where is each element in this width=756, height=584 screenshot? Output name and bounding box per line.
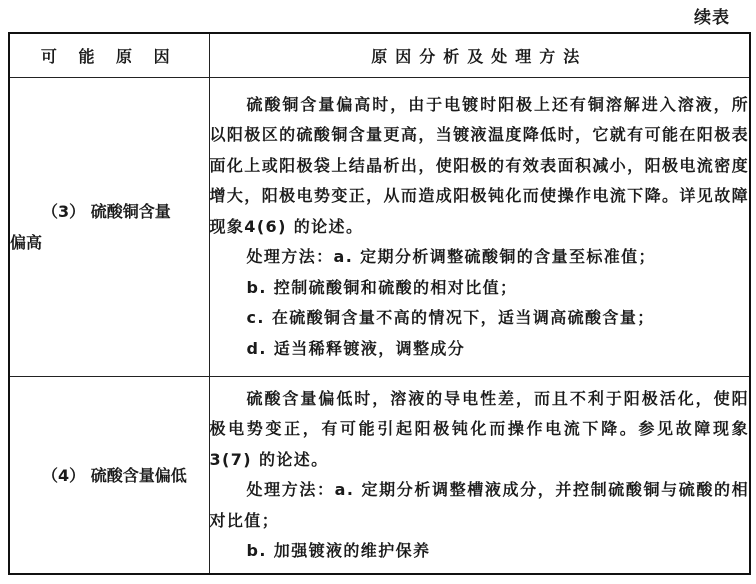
table-row: （4） 硫酸含量偏低 硫酸含量偏低时，溶液的导电性差，而且不利于阳极活化，使阳极… [9, 377, 750, 575]
analysis-cell: 硫酸铜含量偏高时，由于电镀时阳极上还有铜溶解进入溶液，所以阳极区的硫酸铜含量更高… [209, 78, 750, 377]
header-possible-cause: 可 能 原 因 [9, 33, 209, 78]
treatment-item-b: b. 加强镀液的维护保养 [210, 536, 750, 567]
table-row: （3） 硫酸铜含量 偏高 硫酸铜含量偏高时，由于电镀时阳极上还有铜溶解进入溶液，… [9, 78, 750, 377]
treatment-item-b: b. 控制硫酸铜和硫酸的相对比值； [210, 273, 750, 304]
treatment-paragraph: 处理方法：a. 定期分析调整槽液成分，并控制硫酸铜与硫酸的相对比值； [210, 475, 750, 536]
treatment-item-d: d. 适当稀释镀液，调整成分 [210, 334, 750, 365]
cause-cell: （4） 硫酸含量偏低 [9, 377, 209, 575]
treatment-paragraph: 处理方法：a. 定期分析调整硫酸铜的含量至标准值； [210, 242, 750, 273]
treatment-item-a: a. 定期分析调整硫酸铜的含量至标准值； [334, 247, 656, 266]
table-continued-caption: 续表 [694, 3, 730, 28]
analysis-cell: 硫酸含量偏低时，溶液的导电性差，而且不利于阳极活化，使阳极电势变正，有可能引起阳… [209, 377, 750, 575]
cause-text-line1: （4） 硫酸含量偏低 [10, 460, 209, 491]
cause-text-line2: 偏高 [10, 227, 209, 258]
cause-text-line1: （3） 硫酸铜含量 [10, 196, 209, 227]
treatment-item-c: c. 在硫酸铜含量不高的情况下，适当调高硫酸含量； [210, 303, 750, 334]
treatment-label: 处理方法： [247, 247, 334, 266]
header-analysis-method: 原因分析及处理方法 [209, 33, 750, 78]
troubleshooting-table: 可 能 原 因 原因分析及处理方法 （3） 硫酸铜含量 偏高 硫酸铜含量偏高时，… [8, 32, 751, 575]
table-header-row: 可 能 原 因 原因分析及处理方法 [9, 33, 750, 78]
analysis-paragraph: 硫酸含量偏低时，溶液的导电性差，而且不利于阳极活化，使阳极电势变正，有可能引起阳… [210, 384, 750, 476]
cause-cell: （3） 硫酸铜含量 偏高 [9, 78, 209, 377]
analysis-paragraph: 硫酸铜含量偏高时，由于电镀时阳极上还有铜溶解进入溶液，所以阳极区的硫酸铜含量更高… [210, 90, 750, 243]
treatment-label: 处理方法： [247, 480, 335, 499]
